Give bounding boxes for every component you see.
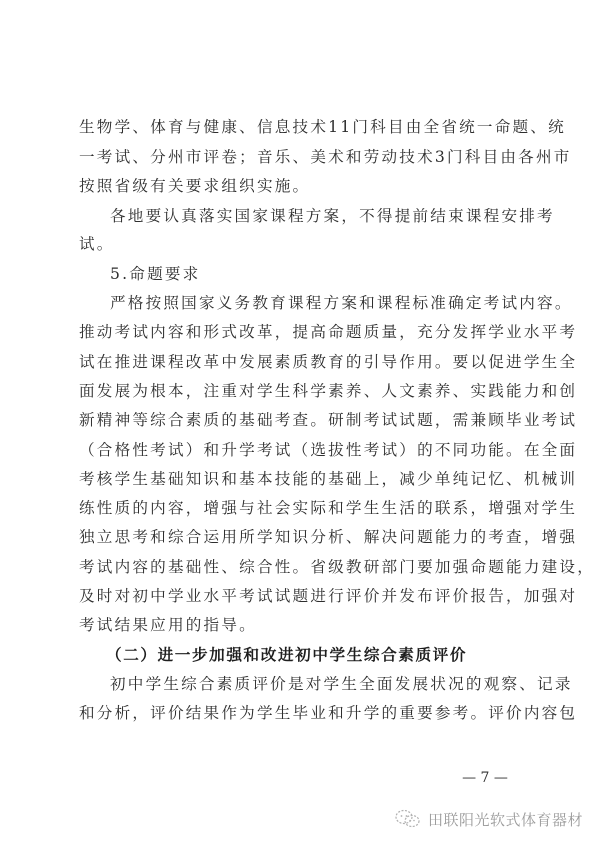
wechat-icon	[394, 808, 422, 830]
text-line-15: 独立思考和综合运用所学知识分析、解决问题能力的考查，增强	[79, 527, 524, 547]
section-heading: （二）进一步加强和改进初中学生综合素质评价	[106, 645, 551, 665]
text-line-13: 考核学生基础知识和基本技能的基础上，减少单纯记忆、机械训	[79, 469, 524, 489]
text-line-11: 新精神等综合素质的基础考查。研制考试试题，需兼顾毕业考试	[79, 410, 524, 430]
text-line-20: 初中学生综合素质评价是对学生全面发展状况的观察、记录	[110, 674, 524, 694]
section-subtitle-5: 5.命题要求	[110, 264, 524, 284]
text-line-14: 练性质的内容，增强与社会实际和学生生活的联系，增强对学生	[79, 498, 524, 518]
text-line-16: 考试内容的基础性、综合性。省级教研部门要加强命题能力建设，	[79, 557, 524, 577]
text-line-8: 推动考试内容和形式改革，提高命题质量，充分发挥学业水平考	[79, 322, 524, 342]
text-line-2: 一考试、分州市评卷；音乐、美术和劳动技术3门科目由各州市	[79, 147, 524, 167]
text-line-10: 面发展为根本，注重对学生科学素养、人文素养、实践能力和创	[79, 381, 524, 401]
text-line-7: 严格按照国家义务教育课程方案和课程标准确定考试内容。	[110, 293, 524, 313]
text-line-5: 试。	[79, 234, 524, 254]
text-line-1: 生物学、体育与健康、信息技术11门科目由全省统一命题、统	[79, 117, 524, 137]
text-line-18: 考试结果应用的指导。	[79, 615, 524, 635]
text-line-3: 按照省级有关要求组织实施。	[79, 176, 524, 196]
text-line-12: （合格性考试）和升学考试（选拔性考试）的不同功能。在全面	[79, 440, 524, 460]
watermark-text: 田联阳光软式体育器材	[428, 809, 583, 830]
text-line-21: 和分析，评价结果作为学生毕业和升学的重要参考。评价内容包	[79, 703, 524, 723]
page-number: — 7 —	[445, 768, 525, 788]
text-line-4: 各地要认真落实国家课程方案，不得提前结束课程安排考	[110, 206, 524, 226]
watermark: 田联阳光软式体育器材	[394, 807, 583, 831]
text-line-9: 试在推进课程改革中发展素质教育的引导作用。要以促进学生全	[79, 352, 524, 372]
text-line-17: 及时对初中学业水平考试试题进行评价并发布评价报告，加强对	[79, 586, 524, 606]
document-page: 生物学、体育与健康、信息技术11门科目由全省统一命题、统 一考试、分州市评卷；音…	[0, 0, 600, 848]
